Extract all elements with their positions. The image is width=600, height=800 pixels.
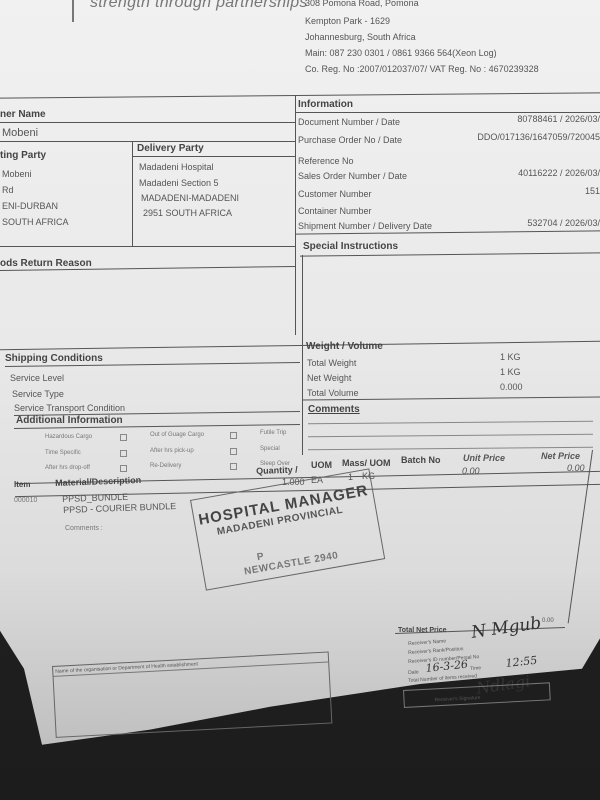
info-label: Purchase Order No / Date bbox=[298, 135, 402, 145]
additional-option-checkbox[interactable] bbox=[120, 465, 127, 472]
weight-value: 1 KG bbox=[500, 352, 521, 362]
additional-info-heading: Additional Information bbox=[16, 415, 123, 426]
row-comments: Comments : bbox=[65, 525, 103, 532]
col-batch: Batch No bbox=[401, 455, 441, 465]
col-uom: UOM bbox=[311, 460, 332, 470]
divider bbox=[295, 112, 600, 113]
delivery-line: Madadeni Hospital bbox=[139, 162, 214, 172]
delivery-line: 2951 SOUTH AFRICA bbox=[143, 208, 232, 218]
info-value: DDO/017136/1647059/720045 bbox=[477, 132, 600, 142]
shipping-row: Service Type bbox=[12, 389, 64, 399]
special-instructions-heading: Special Instructions bbox=[303, 241, 398, 252]
address-line-2: Kempton Park - 1629 bbox=[305, 16, 390, 26]
info-label: Document Number / Date bbox=[298, 117, 400, 127]
address-line-5: Co. Reg. No :2007/012037/07/ VAT Reg. No… bbox=[305, 64, 539, 74]
stamp-line-3: P bbox=[256, 551, 265, 563]
comments-heading: Comments bbox=[308, 404, 360, 415]
signature-label: Receiver's Signature bbox=[434, 695, 480, 703]
customer-name-heading: ner Name bbox=[0, 109, 46, 120]
weight-volume-heading: Weight / Volume bbox=[306, 341, 383, 352]
address-line-1: 308 Pomona Road, Pomona bbox=[305, 0, 419, 8]
weight-label: Total Weight bbox=[307, 358, 356, 368]
info-value: 151 bbox=[585, 186, 600, 196]
shipping-heading: Shipping Conditions bbox=[5, 353, 103, 364]
additional-option-checkbox[interactable] bbox=[230, 432, 237, 439]
logo-divider bbox=[72, 0, 74, 22]
additional-option-label: Out of Guage Cargo bbox=[150, 432, 204, 438]
customer-name-value: Mobeni bbox=[2, 127, 38, 139]
col-item: Item bbox=[14, 480, 30, 489]
additional-option-label: After hrs pick-up bbox=[150, 448, 194, 454]
additional-option-label: Hazardous Cargo bbox=[45, 434, 92, 440]
col-net-price: Net Price bbox=[541, 451, 580, 461]
col-unit-price: Unit Price bbox=[463, 453, 505, 463]
weight-value: 0.000 bbox=[500, 382, 523, 392]
requesting-line: SOUTH AFRICA bbox=[2, 217, 69, 227]
weight-label: Net Weight bbox=[307, 373, 351, 383]
requesting-party-heading: ting Party bbox=[0, 150, 46, 161]
additional-option-label: After hrs drop-off bbox=[45, 465, 90, 471]
divider bbox=[295, 95, 296, 335]
col-mass: Mass/ UOM bbox=[342, 458, 391, 468]
organisation-box: Name of the organisation or Department o… bbox=[52, 652, 332, 738]
delivery-party-heading: Delivery Party bbox=[137, 143, 204, 154]
goods-return-heading: ods Return Reason bbox=[0, 258, 92, 269]
additional-option-checkbox[interactable] bbox=[120, 450, 127, 457]
requesting-line: Rd bbox=[2, 185, 14, 195]
additional-option-label: Re-Delivery bbox=[150, 463, 181, 469]
info-value: 40116222 / 2026/03/ bbox=[518, 168, 600, 178]
info-label: Sales Order Number / Date bbox=[298, 171, 407, 181]
additional-option-checkbox[interactable] bbox=[120, 434, 127, 441]
additional-option-checkbox[interactable] bbox=[230, 463, 237, 470]
address-line-3: Johannesburg, South Africa bbox=[305, 32, 416, 42]
receiver-field-label: Date bbox=[408, 669, 419, 676]
shipping-row: Service Transport Condition bbox=[14, 403, 125, 413]
info-value: 532704 / 2026/03/ bbox=[527, 218, 600, 228]
delivery-line: MADADENI-MADADENI bbox=[141, 193, 239, 203]
delivery-note-paper bbox=[0, 0, 600, 760]
info-label: Container Number bbox=[298, 206, 372, 216]
col-quantity: Quantity / bbox=[256, 465, 298, 476]
row-item: 000010 bbox=[14, 497, 37, 504]
additional-option-label: Futile Trip bbox=[260, 430, 286, 436]
requesting-line: Mobeni bbox=[2, 169, 32, 179]
information-heading: Information bbox=[298, 99, 353, 110]
info-value: 80788461 / 2026/03/ bbox=[517, 114, 600, 124]
total-net-price-label: Total Net Price bbox=[398, 627, 447, 634]
divider bbox=[132, 156, 295, 157]
row-net-price: 0.00 bbox=[567, 463, 585, 473]
divider bbox=[0, 141, 295, 142]
divider bbox=[0, 122, 295, 123]
row-unit-price: 0.00 bbox=[462, 466, 480, 476]
info-label: Shipment Number / Delivery Date bbox=[298, 221, 432, 231]
receiver-field-label: Time bbox=[470, 665, 481, 672]
additional-option-label: Time Specific bbox=[45, 450, 81, 456]
address-line-4: Main: 087 230 0301 / 0861 9366 564(Xeon … bbox=[305, 48, 497, 58]
total-net-price-value: 0.00 bbox=[542, 618, 554, 624]
weight-value: 1 KG bbox=[500, 367, 521, 377]
divider bbox=[302, 255, 303, 455]
company-tagline: strength through partnerships bbox=[90, 0, 308, 12]
info-label: Reference No bbox=[298, 156, 354, 166]
weight-label: Total Volume bbox=[307, 388, 359, 398]
divider bbox=[0, 246, 295, 247]
info-label: Customer Number bbox=[298, 189, 372, 199]
delivery-line: Madadeni Section 5 bbox=[139, 178, 219, 188]
requesting-line: ENI-DURBAN bbox=[2, 201, 58, 211]
additional-option-checkbox[interactable] bbox=[230, 448, 237, 455]
shipping-row: Service Level bbox=[10, 373, 64, 383]
additional-option-label: Special bbox=[260, 446, 280, 452]
